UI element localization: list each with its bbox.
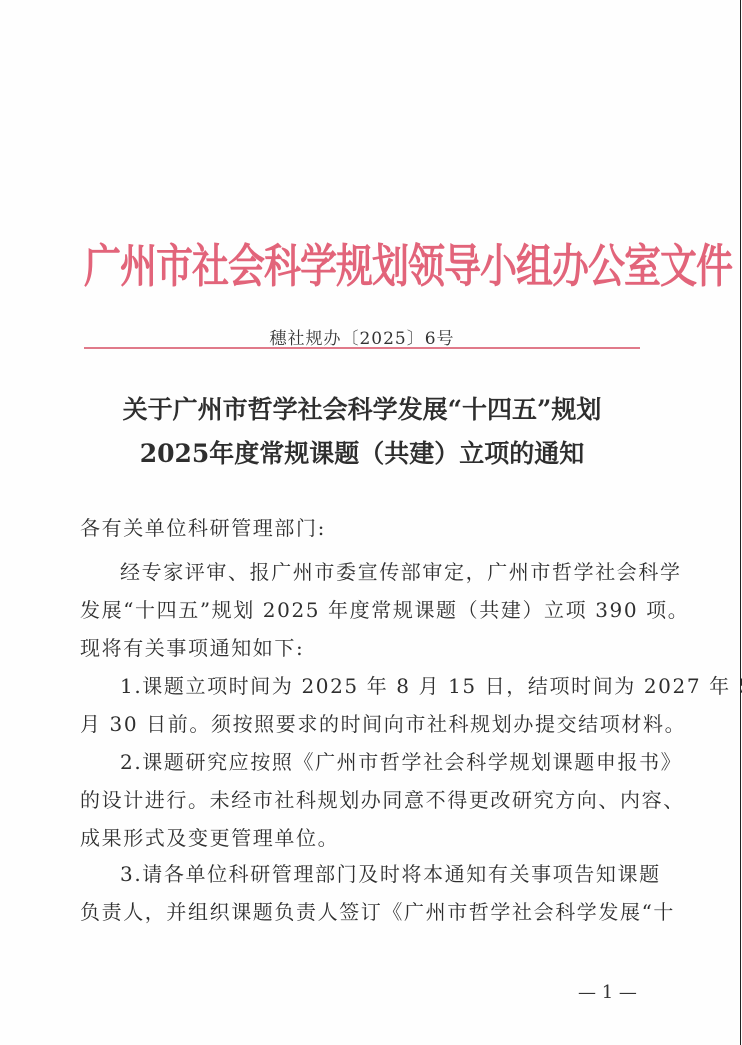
- item-2-line: 2.课题研究应按照《广州市哲学社会科学规划课题申报书》: [120, 746, 645, 775]
- red-divider-rule: [84, 347, 640, 349]
- body-paragraph-line: 发展“十四五”规划 2025 年度常规课题（共建）立项 390 项。: [80, 594, 645, 623]
- item-3-line: 负责人，并组织课题负责人签订《广州市哲学社会科学发展“十: [80, 896, 645, 925]
- notice-title-line-2: 2025年度常规课题（共建）立项的通知: [84, 434, 640, 470]
- item-1-line: 月 30 日前。须按照要求的时间向市社科规划办提交结项材料。: [80, 708, 645, 737]
- body-paragraph-line: 现将有关事项通知如下:: [80, 632, 645, 661]
- document-page: 广州市社会科学规划领导小组办公室文件 穗社规办〔2025〕6号 关于广州市哲学社…: [0, 0, 742, 1045]
- document-number: 穗社规办〔2025〕6号: [84, 324, 640, 349]
- notice-title-line-1: 关于广州市哲学社会科学发展“十四五”规划: [84, 390, 640, 426]
- item-2-line: 的设计进行。未经市社科规划办同意不得更改研究方向、内容、: [80, 784, 645, 813]
- item-3-line: 3.请各单位科研管理部门及时将本通知有关事项告知课题: [120, 858, 645, 887]
- item-2-line: 成果形式及变更管理单位。: [80, 822, 645, 851]
- body-paragraph-line: 经专家评审、报广州市委宣传部审定，广州市哲学社会科学: [120, 556, 645, 585]
- page-edge-border: [740, 0, 741, 1045]
- salutation: 各有关单位科研管理部门:: [80, 512, 645, 541]
- page-number: — 1 —: [578, 982, 637, 1003]
- masthead-red-header: 广州市社会科学规划领导小组办公室文件: [84, 228, 640, 296]
- item-1-line: 1.课题立项时间为 2025 年 8 月 15 日，结项时间为 2027 年 5: [120, 670, 645, 699]
